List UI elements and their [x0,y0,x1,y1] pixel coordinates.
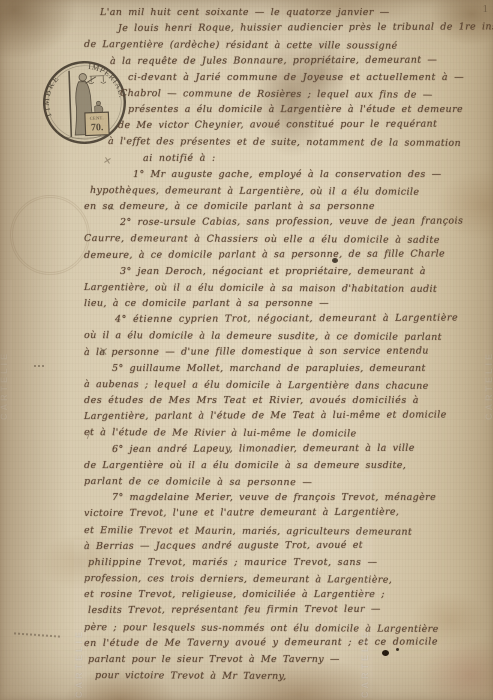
manuscript-line: à la requête de Jules Bonnaure, propriét… [110,52,486,70]
manuscript-line: pour victoire Trevot à Mr Taverny, [95,668,486,686]
manuscript-line: hypothèques, demeurant à Largentière, où… [90,183,486,201]
pencil-dotted-line [34,365,44,367]
ink-blot [332,258,338,263]
manuscript-line: 5° guillaume Mollet, marchand de paraplu… [112,361,486,377]
manuscript-page: TIMBRE IMPERIAL. CENT. 70. [0,0,493,700]
manuscript-line: 4° étienne cyprien Trot, négociant, deme… [115,311,486,329]
manuscript-line: Largentière, parlant à l'étude de Me Tea… [84,408,486,426]
watermark-strip: CARTELIE [0,280,12,420]
manuscript-line: ai notifié à : [143,149,486,167]
ink-blot [396,648,399,651]
manuscript-lines: L'an mil huit cent soixante — le quatorz… [84,5,486,684]
manuscript-line: lesdits Trevot, représentant feu firmin … [88,602,486,620]
manuscript-line: demeure, à ce domicile parlant à sa pers… [84,246,486,264]
manuscript-line: philippine Trevot, mariés ; maurice Trev… [88,555,486,571]
manuscript-line: à la personne — d'une fille domestique à… [84,343,486,361]
manuscript-line: 1° Mr auguste gache, employé à la conser… [133,167,486,183]
manuscript-line: 2° rose-ursule Cabias, sans profession, … [120,214,486,232]
manuscript-line: parlant pour le sieur Trevot à Me Tavern… [88,652,486,668]
manuscript-line: à aubenas ; lequel a élu domicile à Larg… [84,377,486,395]
manuscript-line: à Berrias — Jacques andré auguste Trot, … [84,537,486,555]
manuscript-line: en l'étude de Me Taverny avoué y demeura… [84,634,486,652]
manuscript-line: Largentière, où il a élu domicile à sa m… [84,280,486,298]
manuscript-line: 3° jean Deroch, négociant et propriétair… [120,264,486,280]
manuscript-line: de Largentière où il a élu domicile à sa… [84,458,486,474]
pencil-dotted-line [14,632,60,637]
blind-stamp-impression [10,195,90,275]
manuscript-line: ci-devant à Jarié commune de Joyeuse et … [128,70,486,86]
manuscript-line: de Me victor Cheynier, avoué constitué p… [118,117,486,135]
ink-blot [382,650,389,656]
manuscript-line: parlant de ce domicile à sa personne — [84,474,486,492]
manuscript-line: Je louis henri Roque, huissier audiencie… [118,20,486,38]
manuscript-line: 6° jean andré Lapeuy, limonadier, demeur… [112,440,486,458]
manuscript-line: victoire Trevot, l'une et l'autre demeur… [84,505,486,523]
manuscript-line: Chabrol — commune de Rosières ; lequel a… [120,86,486,104]
manuscript-line: profession, ces trois derniers, demeuran… [84,571,486,589]
page-number: 1 [483,3,489,15]
